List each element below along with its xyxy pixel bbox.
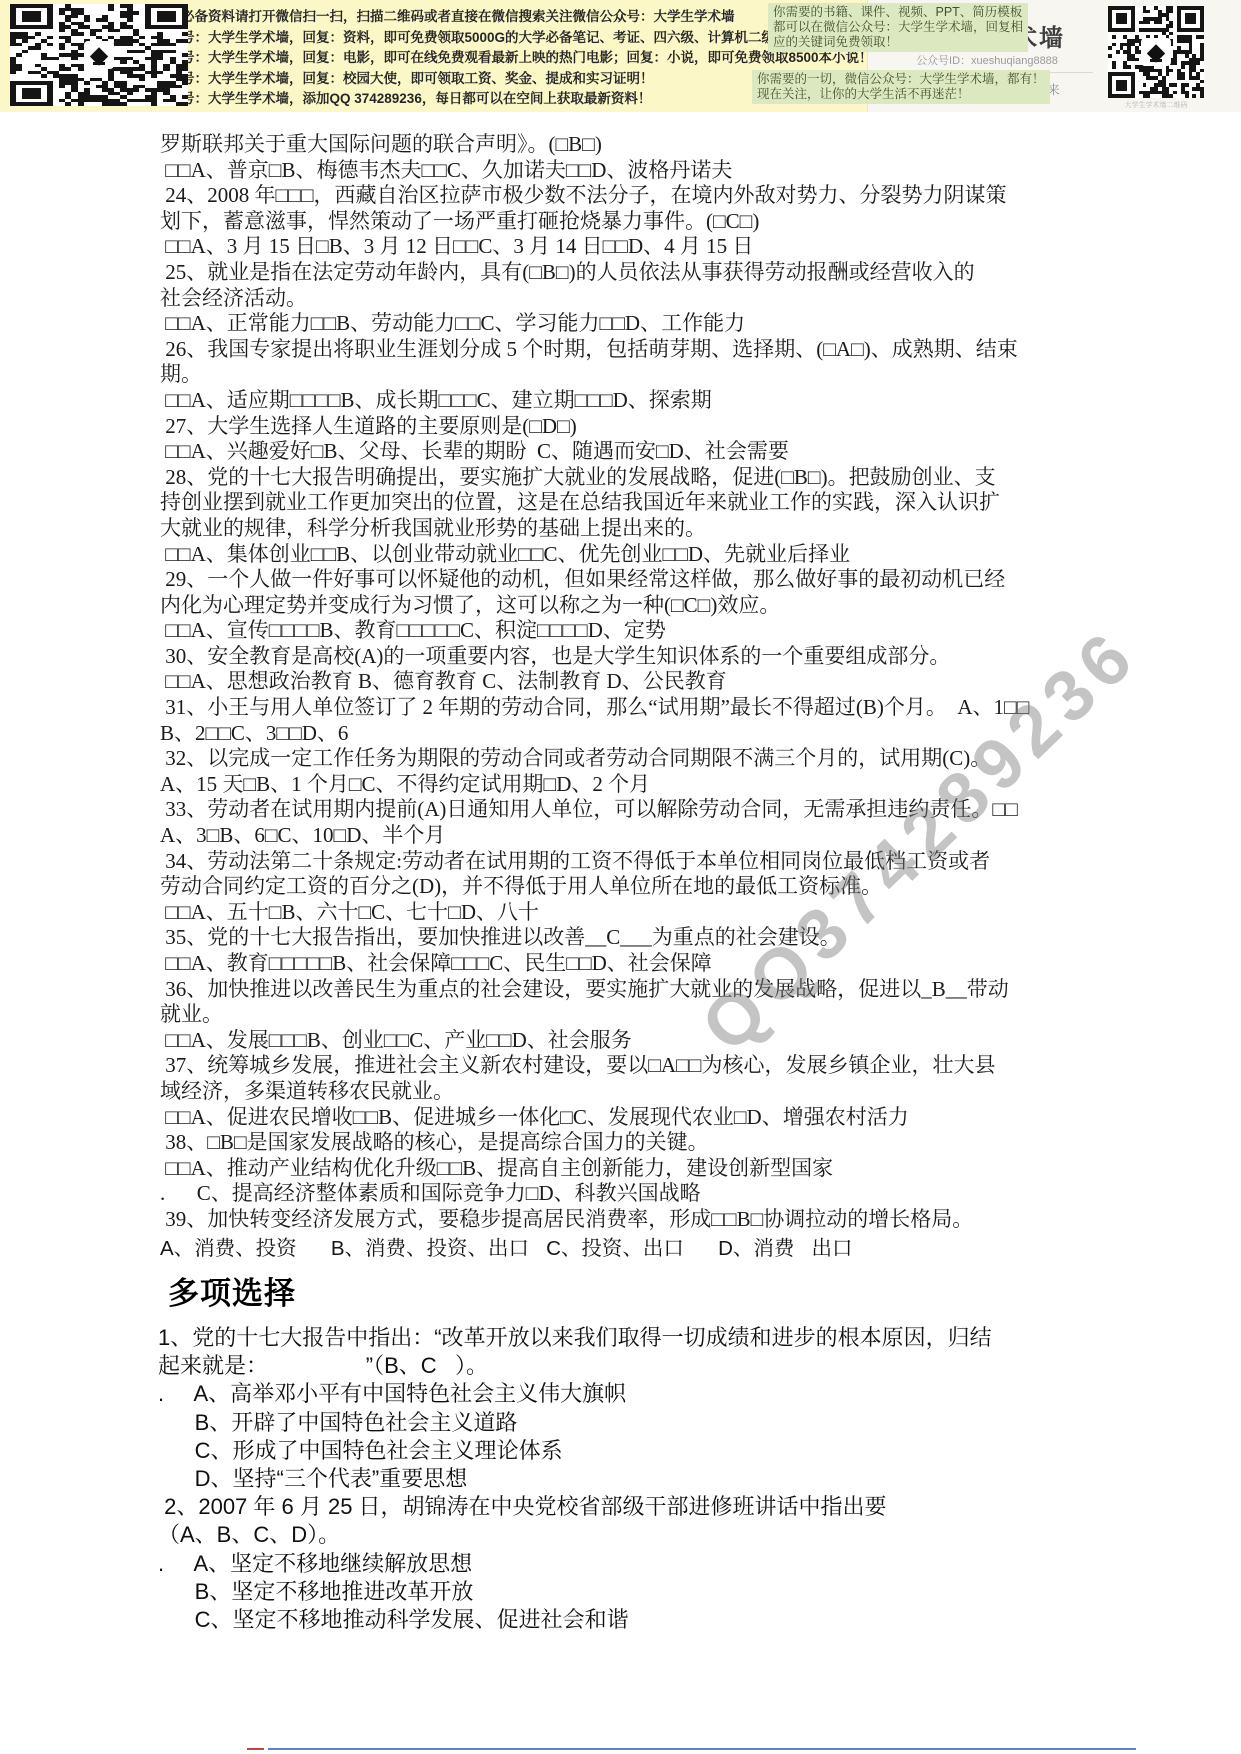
- text-line: 31、小王与用人单位签订了 2 年期的劳动合同，那么“试用期”最长不得超过(B)…: [160, 695, 1100, 721]
- text-line: □□A、适应期□□□□B、成长期□□□C、建立期□□□D、探索期: [160, 388, 1100, 414]
- text-line: C、坚定不移地推动科学发展、促进社会和谐: [158, 1606, 1118, 1634]
- text-line: 起来就是： ”（B、C ）。: [158, 1352, 1118, 1380]
- promo-green-note-bottom: 你需要的一切，微信公众号：大学生学术墙，都有！ 现在关注，让你的大学生活不再迷茫…: [752, 70, 1050, 104]
- text-line: 30、安全教育是高校(A)的一项重要内容，也是大学生知识体系的一个重要组成部分。: [160, 644, 1100, 670]
- text-line: 24、2008 年□□□，西藏自治区拉萨市极少数不法分子，在境内外敌对势力、分裂…: [160, 183, 1100, 209]
- section-title-multiple-choice: 多项选择: [168, 1268, 296, 1313]
- text-line: 39、加快转变经济发展方式，要稳步提高居民消费率，形成□□B□协调拉动的增长格局…: [160, 1207, 1100, 1233]
- text-line: □□A、正常能力□□B、劳动能力□□C、学习能力□□D、工作能力: [160, 311, 1100, 337]
- text-line: 内化为心理定势并变成行为习惯了，这可以称之为一种(□C□)效应。: [160, 593, 1100, 619]
- qr-code-right-icon: [1108, 6, 1204, 98]
- text-line: 罗斯联邦关于重大国际问题的联合声明》。(□B□): [160, 132, 1100, 158]
- text-line: 29、一个人做一件好事可以怀疑他的动机，但如果经常这样做，那么做好事的最初动机已…: [160, 567, 1100, 593]
- text-line: . A、坚定不移地继续解放思想: [158, 1550, 1118, 1578]
- text-line: □□A、推动产业结构优化升级□□B、提高自主创新能力，建设创新型国家: [160, 1156, 1100, 1182]
- text-line: □□A、普京□B、梅德韦杰夫□□C、久加诺夫□□D、波格丹诺夫: [160, 158, 1100, 184]
- text-line: （A、B、C、D）。: [158, 1521, 1118, 1549]
- text-line: . C、提高经济整体素质和国际竞争力□D、科教兴国战略: [160, 1181, 1100, 1207]
- text-line: □□A、3 月 15 日□B、3 月 12 日□□C、3 月 14 日□□D、4…: [160, 234, 1100, 260]
- document-page: 获取更多大学必备资料请打开微信扫一扫，扫描二维码或者直接在微信搜索关注微信公众号…: [0, 0, 1241, 1754]
- graduation-cap-icon: [84, 41, 114, 69]
- text-line: 26、我国专家提出将职业生涯划分成 5 个时期，包括萌芽期、选择期、(□A□)、…: [160, 337, 1100, 363]
- text-line: 27、大学生选择人生道路的主要原则是(□D□): [160, 414, 1100, 440]
- text-line: □□A、促进农民增收□□B、促进城乡一体化□C、发展现代农业□D、增强农村活力: [160, 1105, 1100, 1131]
- text-line: 期。: [160, 362, 1100, 388]
- text-line: 35、党的十七大报告指出，要加快推进以改善__C___为重点的社会建设。: [160, 925, 1100, 951]
- text-line: □□A、兴趣爱好□B、父母、长辈的期盼 C、随遇而安□D、社会需要: [160, 439, 1100, 465]
- question-39-options: A、消费、投资 B、消费、投资、出口 C、投资、出口 D、消费 出口: [160, 1231, 852, 1261]
- text-line: . A、高举邓小平有中国特色社会主义伟大旗帜: [158, 1380, 1118, 1408]
- footer-red-line: [247, 1748, 264, 1750]
- text-line: 就业。: [160, 1002, 1100, 1028]
- text-line: B、2□□C、3□□D、6: [160, 721, 1100, 747]
- text-line: 25、就业是指在法定劳动年龄内，具有(□B□)的人员依法从事获得劳动报酬或经营收…: [160, 260, 1100, 286]
- text-line: □□A、发展□□□B、创业□□C、产业□□D、社会服务: [160, 1028, 1100, 1054]
- multiple-choice-section: 1、党的十七大报告中指出：“改革开放以来我们取得一切成绩和进步的根本原因，归结起…: [158, 1324, 1118, 1634]
- qr-caption: 大学生学术墙二维码: [1100, 100, 1212, 110]
- text-line: □□A、五十□B、六十□C、七十□D、八十: [160, 900, 1100, 926]
- text-line: 38、□B□是国家发展战略的核心，是提高综合国力的关键。: [160, 1130, 1100, 1156]
- text-line: D、坚持“三个代表”重要思想: [158, 1465, 1118, 1493]
- text-line: 37、统筹城乡发展，推进社会主义新农村建设，要以□A□□为核心，发展乡镇企业，壮…: [160, 1053, 1100, 1079]
- text-line: □□A、集体创业□□B、以创业带动就业□□C、优先创业□□D、先就业后择业: [160, 542, 1100, 568]
- single-choice-section: 罗斯联邦关于重大国际问题的联合声明》。(□B□) □□A、普京□B、梅德韦杰夫□…: [160, 132, 1100, 1233]
- text-line: 持创业摆到就业工作更加突出的位置，这是在总结我国近年来就业工作的实践，深入认识扩: [160, 490, 1100, 516]
- text-line: 2、2007 年 6 月 25 日，胡锦涛在中央党校省部级干部进修班讲话中指出要: [158, 1493, 1118, 1521]
- text-line: C、形成了中国特色社会主义理论体系: [158, 1437, 1118, 1465]
- graduation-cap-icon: [1141, 38, 1171, 66]
- text-line: 36、加快推进以改善民生为重点的社会建设，要实施扩大就业的发展战略，促进以_B_…: [160, 977, 1100, 1003]
- text-line: □□A、宣传□□□□B、教育□□□□□C、积淀□□□□D、定势: [160, 618, 1100, 644]
- qr-code-left-icon: [10, 4, 188, 106]
- text-line: 域经济，多渠道转移农民就业。: [160, 1079, 1100, 1105]
- text-line: 1、党的十七大报告中指出：“改革开放以来我们取得一切成绩和进步的根本原因，归结: [158, 1324, 1118, 1352]
- text-line: 划下，蓄意滋事，悍然策动了一场严重打砸抢烧暴力事件。(□C□): [160, 209, 1100, 235]
- footer-blue-line: [268, 1748, 1136, 1750]
- promo-green-note-top: 你需要的书籍、课件、视频、PPT、简历模板 都可以在微信公众号：大学生学术墙，回…: [768, 3, 1028, 52]
- text-line: □□A、教育□□□□□B、社会保障□□□C、民生□□D、社会保障: [160, 951, 1100, 977]
- text-line: 28、党的十七大报告明确提出，要实施扩大就业的发展战略，促进(□B□)。把鼓励创…: [160, 465, 1100, 491]
- text-line: 大就业的规律，科学分析我国就业形势的基础上提出来的。: [160, 516, 1100, 542]
- text-line: □□A、思想政治教育 B、德育教育 C、法制教育 D、公民教育: [160, 669, 1100, 695]
- text-line: B、坚定不移地推进改革开放: [158, 1578, 1118, 1606]
- text-line: 劳动合同约定工资的百分之(D)，并不得低于用人单位所在地的最低工资标准。: [160, 874, 1100, 900]
- text-line: 社会经济活动。: [160, 286, 1100, 312]
- text-line: B、开辟了中国特色社会主义道路: [158, 1409, 1118, 1437]
